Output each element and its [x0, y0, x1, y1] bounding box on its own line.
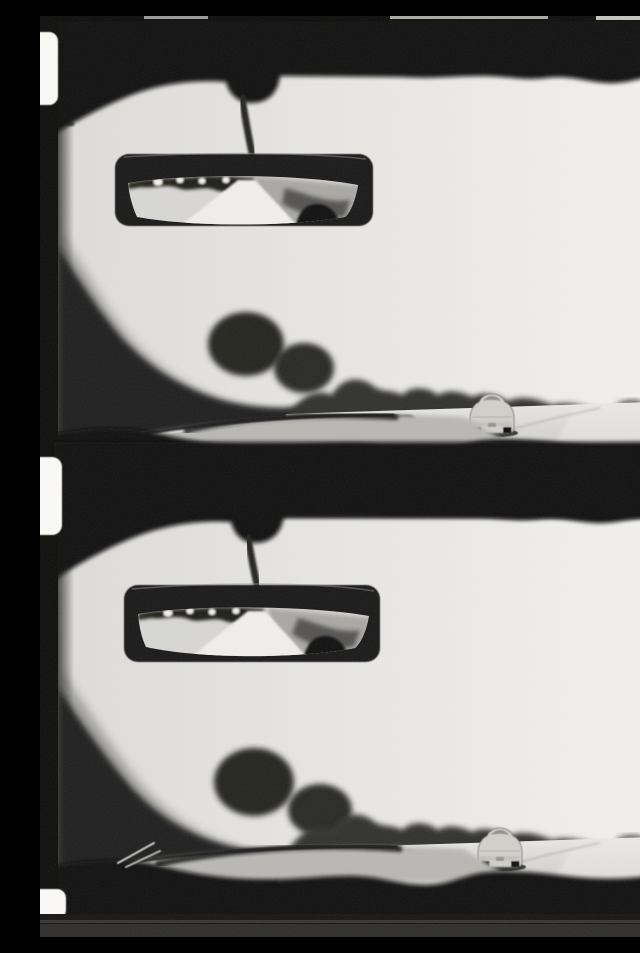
grain-overlay: [40, 16, 640, 937]
film-strip-photo: [40, 16, 640, 937]
film-strip: [40, 16, 640, 937]
